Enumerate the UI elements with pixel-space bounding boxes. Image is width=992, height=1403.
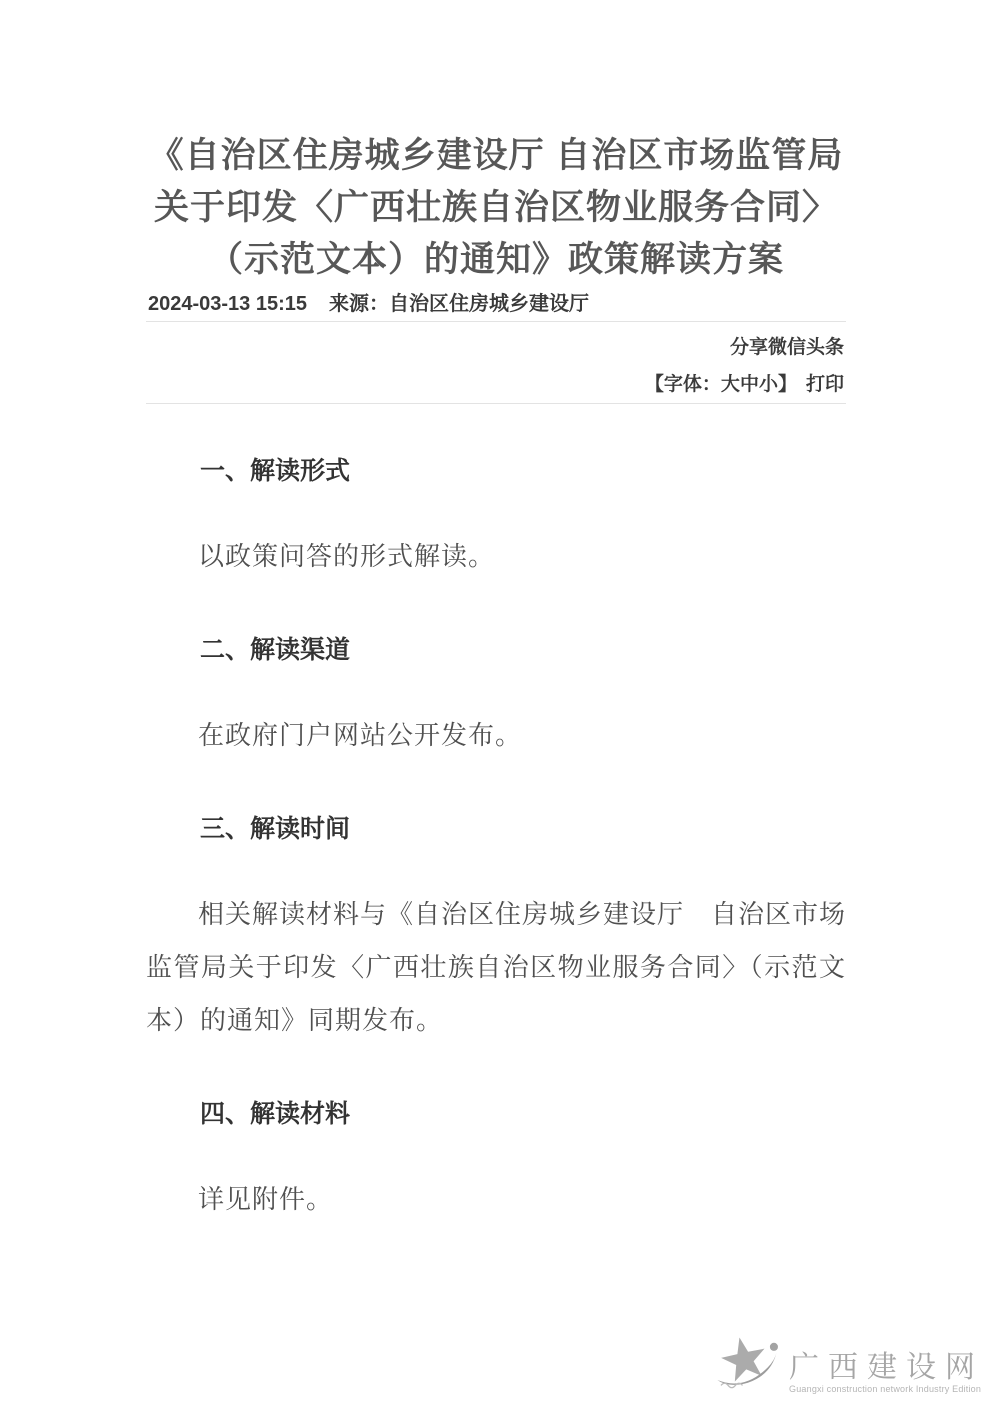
section-heading-4: 四、解读材料: [146, 1099, 846, 1129]
section-heading-1: 一、解读形式: [146, 456, 846, 486]
share-wechat-link[interactable]: 微信: [768, 337, 806, 358]
section-heading-3: 三、解读时间: [146, 814, 846, 844]
font-size-prefix: 【字体：: [645, 374, 721, 395]
star-swoosh-logo-icon: [712, 1334, 782, 1397]
article-title-line-1: 《自治区住房城乡建设厅 自治区市场监管局: [146, 130, 846, 182]
article-title: 《自治区住房城乡建设厅 自治区市场监管局 关于印发〈广西壮族自治区物业服务合同〉…: [146, 130, 846, 286]
section-body-2: 在政府门户网站公开发布。: [146, 709, 846, 762]
share-toutiao-link[interactable]: 头条: [806, 337, 844, 358]
section-body-4: 详见附件。: [146, 1173, 846, 1226]
publish-date: 2024-03-13 15:15: [148, 293, 307, 315]
watermark-site-name: 广西建设网: [789, 1352, 984, 1384]
meta-row: 2024-03-13 15:15来源：自治区住房城乡建设厅: [146, 292, 846, 322]
print-link[interactable]: 打印: [806, 374, 844, 395]
font-size-medium-link[interactable]: 中: [740, 374, 759, 395]
section-body-1: 以政策问答的形式解读。: [146, 530, 846, 583]
watermark-text: 广西建设网 Guangxi construction network Indus…: [789, 1352, 984, 1397]
section-heading-2: 二、解读渠道: [146, 635, 846, 665]
share-button[interactable]: 分享: [730, 337, 768, 358]
article-body: 一、解读形式 以政策问答的形式解读。 二、解读渠道 在政府门户网站公开发布。 三…: [146, 456, 846, 1226]
section-body-3: 相关解读材料与《自治区住房城乡建设厅 自治区市场监管局关于印发〈广西壮族自治区物…: [146, 888, 846, 1047]
article-page: 《自治区住房城乡建设厅 自治区市场监管局 关于印发〈广西壮族自治区物业服务合同〉…: [146, 0, 846, 1226]
article-title-line-3: （示范文本）的通知》政策解读方案: [146, 234, 846, 286]
font-size-small-link[interactable]: 小: [759, 374, 778, 395]
site-watermark: 广西建设网 Guangxi construction network Indus…: [712, 1334, 984, 1397]
article-title-line-2: 关于印发〈广西壮族自治区物业服务合同〉: [146, 182, 846, 234]
font-size-row: 【字体：大中小】打印: [146, 373, 844, 397]
watermark-subtitle: Guangxi construction network Industry Ed…: [789, 1384, 984, 1395]
font-size-large-link[interactable]: 大: [721, 374, 740, 395]
font-size-suffix: 】: [778, 374, 797, 395]
share-row: 分享微信头条: [146, 336, 844, 360]
toolbar: 分享微信头条 【字体：大中小】打印: [146, 322, 846, 404]
source-label: 来源：自治区住房城乡建设厅: [329, 293, 589, 315]
